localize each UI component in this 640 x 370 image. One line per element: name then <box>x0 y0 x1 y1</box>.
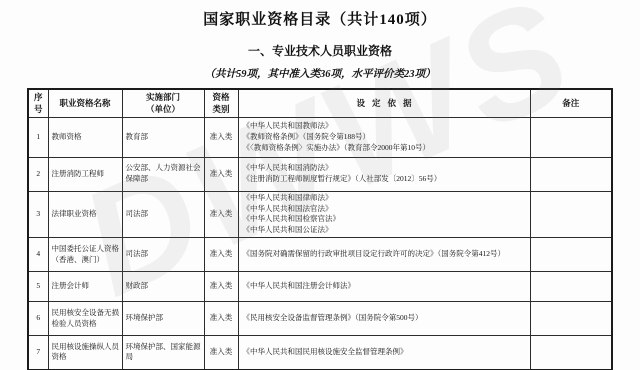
cell-qualification-name: 中国委托公证人资格（香港、澳门） <box>48 238 122 272</box>
cell-legal-basis: 《中华人民共和国民用核设施安全监督管理条例》 <box>238 336 530 370</box>
table-row: 2注册消防工程师公安部、人力资源社会保障部准入类《中华人民共和国消防法》《注册消… <box>28 157 612 191</box>
cell-category: 准入类 <box>204 191 238 238</box>
section-subheading: （共计59项，其中准入类36项，水平评价类23项） <box>0 66 640 81</box>
table-row: 5注册会计师财政部准入类《中华人民共和国注册会计师法》 <box>28 272 612 302</box>
cell-index: 4 <box>28 238 48 272</box>
header-legal-basis: 设定依据 <box>238 89 530 117</box>
cell-category: 准入类 <box>204 272 238 302</box>
cell-implementing-department: 环境保护部 <box>122 302 204 336</box>
legal-basis-line: 《中华人民共和国检察官法》 <box>243 214 528 225</box>
cell-category: 准入类 <box>204 336 238 370</box>
cell-implementing-department: 司法部 <box>122 238 204 272</box>
cell-category: 准入类 <box>204 117 238 157</box>
table-row: 1教师资格教育部准入类《中华人民共和国教师法》《教师资格条例》（国务院令第188… <box>28 117 612 157</box>
legal-basis-line: 《民用核安全设备监督管理条例》（国务院令第500号） <box>243 313 528 324</box>
cell-index: 3 <box>28 191 48 238</box>
cell-category: 准入类 <box>204 302 238 336</box>
cell-qualification-name: 教师资格 <box>48 117 122 157</box>
cell-qualification-name: 民用核设施操纵人员资格 <box>48 336 122 370</box>
cell-implementing-department: 财政部 <box>122 272 204 302</box>
header-implementing-department: 实施部门 （单位） <box>122 89 204 117</box>
cell-remark <box>530 302 612 336</box>
header-index: 序号 <box>28 89 48 117</box>
legal-basis-line: 《中华人民共和国消防法》 <box>243 163 528 174</box>
legal-basis-line: 《〈教师资格条例〉实施办法》（教育部令2000年第10号） <box>243 143 528 154</box>
document-page: DWWS 国家职业资格目录（共计140项） 一、专业技术人员职业资格 （共计59… <box>0 0 640 370</box>
legal-basis-line: 《中华人民共和国教师法》 <box>243 121 528 132</box>
table-row: 6民用核安全设备无损检验人员资格环境保护部准入类《民用核安全设备监督管理条例》（… <box>28 302 612 336</box>
legal-basis-line: 《教师资格条例》（国务院令第188号） <box>243 132 528 143</box>
legal-basis-line: 《中华人民共和国法官法》 <box>243 204 528 215</box>
legal-basis-line: 《注册消防工程师制度暂行规定》（人社部发〔2012〕56号） <box>243 174 528 185</box>
cell-implementing-department: 教育部 <box>122 117 204 157</box>
cell-remark <box>530 117 612 157</box>
cell-category: 准入类 <box>204 238 238 272</box>
header-category: 资格 类别 <box>204 89 238 117</box>
cell-legal-basis: 《中华人民共和国律师法》《中华人民共和国法官法》《中华人民共和国检察官法》《中华… <box>238 191 530 238</box>
cell-remark <box>530 157 612 191</box>
cell-index: 5 <box>28 272 48 302</box>
cell-remark <box>530 238 612 272</box>
cell-qualification-name: 注册消防工程师 <box>48 157 122 191</box>
legal-basis-line: 《中华人民共和国公证法》 <box>243 225 528 236</box>
document-title: 国家职业资格目录（共计140项） <box>0 8 640 29</box>
cell-legal-basis: 《中华人民共和国注册会计师法》 <box>238 272 530 302</box>
cell-remark <box>530 272 612 302</box>
table-header-row: 序号 职业资格名称 实施部门 （单位） 资格 类别 设定依据 备注 <box>28 89 612 117</box>
qualification-table: 序号 职业资格名称 实施部门 （单位） 资格 类别 设定依据 备注 1教师资格教… <box>27 88 613 370</box>
cell-legal-basis: 《民用核安全设备监督管理条例》（国务院令第500号） <box>238 302 530 336</box>
cell-index: 2 <box>28 157 48 191</box>
qualification-table-body: 1教师资格教育部准入类《中华人民共和国教师法》《教师资格条例》（国务院令第188… <box>28 117 612 370</box>
cell-index: 6 <box>28 302 48 336</box>
cell-index: 7 <box>28 336 48 370</box>
legal-basis-line: 《中华人民共和国律师法》 <box>243 193 528 204</box>
cell-implementing-department: 公安部、人力资源社会保障部 <box>122 157 204 191</box>
section-heading: 一、专业技术人员职业资格 <box>0 42 640 59</box>
header-qualification-name: 职业资格名称 <box>48 89 122 117</box>
cell-index: 1 <box>28 117 48 157</box>
cell-implementing-department: 司法部 <box>122 191 204 238</box>
cell-legal-basis: 《中华人民共和国消防法》《注册消防工程师制度暂行规定》（人社部发〔2012〕56… <box>238 157 530 191</box>
header-remark: 备注 <box>530 89 612 117</box>
cell-remark <box>530 336 612 370</box>
legal-basis-line: 《中华人民共和国注册会计师法》 <box>243 281 528 292</box>
table-row: 3法律职业资格司法部准入类《中华人民共和国律师法》《中华人民共和国法官法》《中华… <box>28 191 612 238</box>
cell-category: 准入类 <box>204 157 238 191</box>
cell-implementing-department: 环境保护部、国家能源局 <box>122 336 204 370</box>
cell-qualification-name: 注册会计师 <box>48 272 122 302</box>
cell-legal-basis: 《国务院对确需保留的行政审批项目设定行政许可的决定》（国务院令第412号） <box>238 238 530 272</box>
legal-basis-line: 《国务院对确需保留的行政审批项目设定行政许可的决定》（国务院令第412号） <box>243 249 528 260</box>
cell-qualification-name: 法律职业资格 <box>48 191 122 238</box>
table-row: 7民用核设施操纵人员资格环境保护部、国家能源局准入类《中华人民共和国民用核设施安… <box>28 336 612 370</box>
cell-legal-basis: 《中华人民共和国教师法》《教师资格条例》（国务院令第188号）《〈教师资格条例〉… <box>238 117 530 157</box>
cell-qualification-name: 民用核安全设备无损检验人员资格 <box>48 302 122 336</box>
cell-remark <box>530 191 612 238</box>
table-row: 4中国委托公证人资格（香港、澳门）司法部准入类《国务院对确需保留的行政审批项目设… <box>28 238 612 272</box>
legal-basis-line: 《中华人民共和国民用核设施安全监督管理条例》 <box>243 347 528 358</box>
